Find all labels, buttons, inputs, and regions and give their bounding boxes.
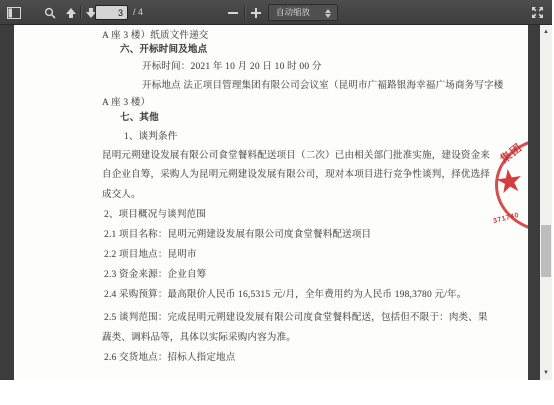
document-line: 1、谈判条件: [124, 128, 177, 142]
star-icon: ★: [493, 163, 526, 199]
chevron-up-down-icon: [325, 9, 331, 18]
document-line: 2.5 谈判范围：完成昆明元朔建设发展有限公司度食堂餐料配送，包括但不限于：肉类…: [104, 309, 488, 323]
zoom-in-button[interactable]: [247, 4, 265, 21]
zoom-scale-select[interactable]: 自动缩放: [268, 4, 338, 21]
pdf-viewer: / 4 自动缩放: [0, 0, 552, 380]
scrollbar-thumb[interactable]: [541, 225, 551, 277]
toolbar-divider: [244, 5, 245, 19]
document-line: 开标时间：2021 年 10 月 20 日 10 时 00 分: [142, 58, 322, 72]
sidebar-icon: [7, 7, 21, 19]
document-line: 自企业自筹，采购人为昆明元朔建设发展有限公司，现对本项目进行竞争性谈判，择优选择: [102, 166, 490, 180]
document-line: 2.6 交货地点：招标人指定地点: [104, 349, 235, 363]
fullscreen-icon: [531, 6, 544, 19]
document-line: 六、开标时间及地点: [120, 41, 207, 55]
scroll-down-button[interactable]: ▼: [540, 366, 552, 380]
document-line: 昆明元朔建设发展有限公司食堂餐料配送项目（二次）已由相关部门批准实施，建设资金来: [102, 147, 490, 161]
seal-text: 集团: [497, 139, 526, 166]
document-line: A 座 3 楼）纸质文件递交: [102, 27, 209, 41]
page-count-label: / 4: [133, 7, 143, 17]
pdf-toolbar: / 4 自动缩放: [0, 0, 552, 25]
document-line: 蔬类、调料品等，具体以实际采购内容为准。: [102, 329, 296, 343]
red-seal-stamp: 集团 ★ 371740: [492, 135, 528, 237]
document-line: 2、项目概况与谈判范围: [104, 206, 206, 220]
seal-number: 371740: [493, 212, 520, 225]
search-icon: [44, 7, 56, 19]
find-button[interactable]: [41, 4, 59, 21]
document-line: 成交人。: [102, 186, 141, 200]
toolbar-divider: [80, 5, 81, 19]
document-line: 2.4 采购预算：最高限价人民币 16,5315 元/月，全年费用约为人民币 1…: [104, 286, 466, 300]
plus-icon: [251, 8, 261, 18]
previous-page-button[interactable]: [62, 4, 80, 21]
document-line: 七、其他: [120, 109, 159, 123]
presentation-mode-button[interactable]: [528, 4, 546, 21]
arrow-up-icon: [65, 7, 77, 19]
seal-ring: [495, 137, 528, 233]
document-line: A 座 3 楼）: [102, 94, 150, 108]
scroll-up-button[interactable]: ▲: [540, 25, 552, 39]
zoom-out-button[interactable]: [224, 4, 242, 21]
document-line: 2.1 项目名称：昆明元朔建设发展有限公司度食堂餐料配送项目: [104, 226, 371, 240]
zoom-scale-value: 自动缩放: [276, 7, 310, 17]
pdf-page: A 座 3 楼）纸质文件递交六、开标时间及地点开标时间：2021 年 10 月 …: [14, 25, 528, 380]
document-line: 2.3 资金来源：企业自筹: [104, 266, 206, 280]
page-number-input[interactable]: [95, 5, 128, 20]
vertical-scrollbar[interactable]: ▲ ▼: [540, 25, 552, 380]
document-line: 开标地点 法正项目管理集团有限公司会议室（昆明市广福路银海幸福广场商务写字楼: [142, 77, 503, 91]
minus-icon: [228, 8, 238, 18]
toggle-sidebar-button[interactable]: [5, 4, 23, 21]
document-line: 2.2 项目地点：昆明市: [104, 246, 197, 260]
